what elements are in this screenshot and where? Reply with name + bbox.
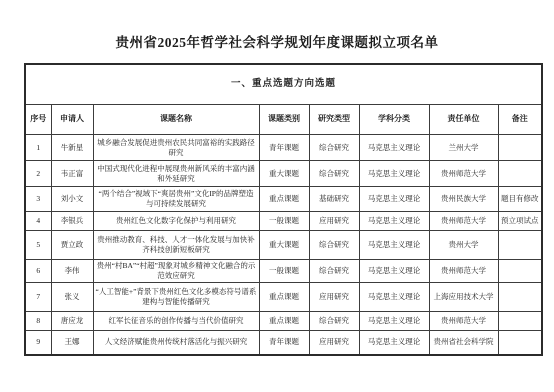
cell-applicant: 张义 bbox=[51, 282, 93, 311]
cell-note bbox=[498, 311, 542, 330]
cell-research-type: 综合研究 bbox=[309, 311, 359, 330]
cell-note bbox=[498, 161, 542, 187]
cell-institution: 贵州师范大学 bbox=[429, 212, 498, 231]
cell-category: 青年课题 bbox=[259, 135, 309, 161]
cell-title: 人文经济赋能贵州传统村落活化与振兴研究 bbox=[93, 330, 259, 355]
cell-seq: 8 bbox=[25, 311, 51, 330]
cell-discipline: 马克思主义理论 bbox=[359, 135, 429, 161]
cell-research-type: 基础研究 bbox=[309, 187, 359, 212]
cell-seq: 3 bbox=[25, 187, 51, 212]
document-title: 贵州省2025年哲学社会科学规划年度课题拟立项名单 bbox=[0, 31, 554, 51]
cell-title: 中国式现代化进程中展现贵州新风采的丰富内涵和外延研究 bbox=[93, 161, 259, 187]
cell-applicant: 王娜 bbox=[51, 330, 93, 355]
cell-title: 城乡融合发展促进贵州农民共同富裕的实践路径研究 bbox=[93, 135, 259, 161]
cell-research-type: 综合研究 bbox=[309, 161, 359, 187]
col-header-note: 备注 bbox=[498, 105, 542, 135]
cell-category: 一般课题 bbox=[259, 212, 309, 231]
cell-category: 重点课题 bbox=[259, 282, 309, 311]
cell-note: 预立项试点 bbox=[498, 212, 542, 231]
project-list-table: 一、重点选题方向选题 序号 申请人 课题名称 课题类别 研究类型 学科分类 责任… bbox=[24, 63, 543, 356]
table-row: 3刘小文“两个结合”视域下“爽居贵州”文化IP的品牌塑造与可持续发展研究重点课题… bbox=[25, 187, 542, 212]
cell-title: 贵州推动教育、科技、人才一体化发展与加快补齐科技创新短板研究 bbox=[93, 231, 259, 260]
cell-research-type: 应用研究 bbox=[309, 330, 359, 355]
cell-note bbox=[498, 260, 542, 283]
cell-seq: 6 bbox=[25, 260, 51, 283]
table-row: 4李银兵贵州红色文化数字化保护与利用研究一般课题应用研究马克思主义理论贵州师范大… bbox=[25, 212, 542, 231]
table-row: 8唐应龙红军长征音乐的创作传播与当代价值研究重点课题综合研究马克思主义理论贵州师… bbox=[25, 311, 542, 330]
cell-category: 青年课题 bbox=[259, 330, 309, 355]
cell-discipline: 马克思主义理论 bbox=[359, 187, 429, 212]
table-row: 2韦正富中国式现代化进程中展现贵州新风采的丰富内涵和外延研究重大课题综合研究马克… bbox=[25, 161, 542, 187]
cell-research-type: 综合研究 bbox=[309, 260, 359, 283]
table-row: 7张义“人工智能+”背景下贵州红色文化多模态符号谱系建构与智能传播研究重点课题应… bbox=[25, 282, 542, 311]
cell-discipline: 马克思主义理论 bbox=[359, 161, 429, 187]
table-row: 6李伟贵州“村BA”“村超”现象对城乡精神文化融合的示范效应研究一般课题综合研究… bbox=[25, 260, 542, 283]
col-header-discipline: 学科分类 bbox=[359, 105, 429, 135]
cell-discipline: 马克思主义理论 bbox=[359, 282, 429, 311]
cell-research-type: 综合研究 bbox=[309, 231, 359, 260]
cell-applicant: 牛新星 bbox=[51, 135, 93, 161]
cell-research-type: 应用研究 bbox=[309, 212, 359, 231]
table-row: 1牛新星城乡融合发展促进贵州农民共同富裕的实践路径研究青年课题综合研究马克思主义… bbox=[25, 135, 542, 161]
cell-seq: 5 bbox=[25, 231, 51, 260]
cell-applicant: 贾立政 bbox=[51, 231, 93, 260]
cell-category: 重点课题 bbox=[259, 187, 309, 212]
cell-discipline: 马克思主义理论 bbox=[359, 260, 429, 283]
col-header-institution: 责任单位 bbox=[429, 105, 498, 135]
cell-note: 题目有修改 bbox=[498, 187, 542, 212]
cell-discipline: 马克思主义理论 bbox=[359, 311, 429, 330]
cell-category: 重大课题 bbox=[259, 161, 309, 187]
cell-institution: 兰州大学 bbox=[429, 135, 498, 161]
cell-applicant: 韦正富 bbox=[51, 161, 93, 187]
document-page: 贵州省2025年哲学社会科学规划年度课题拟立项名单 一、重点选题方向选题 序号 … bbox=[0, 0, 554, 392]
col-header-title: 课题名称 bbox=[93, 105, 259, 135]
cell-research-type: 应用研究 bbox=[309, 282, 359, 311]
col-header-category: 课题类别 bbox=[259, 105, 309, 135]
cell-seq: 1 bbox=[25, 135, 51, 161]
cell-note bbox=[498, 282, 542, 311]
cell-applicant: 刘小文 bbox=[51, 187, 93, 212]
cell-seq: 4 bbox=[25, 212, 51, 231]
table-row: 9王娜人文经济赋能贵州传统村落活化与振兴研究青年课题应用研究马克思主义理论贵州省… bbox=[25, 330, 542, 355]
col-header-seq: 序号 bbox=[25, 105, 51, 135]
col-header-applicant: 申请人 bbox=[51, 105, 93, 135]
section-heading: 一、重点选题方向选题 bbox=[25, 64, 542, 105]
cell-institution: 贵州大学 bbox=[429, 231, 498, 260]
cell-applicant: 李银兵 bbox=[51, 212, 93, 231]
cell-seq: 9 bbox=[25, 330, 51, 355]
col-header-research-type: 研究类型 bbox=[309, 105, 359, 135]
cell-note bbox=[498, 135, 542, 161]
cell-note bbox=[498, 330, 542, 355]
cell-applicant: 李伟 bbox=[51, 260, 93, 283]
cell-category: 重大课题 bbox=[259, 231, 309, 260]
cell-discipline: 马克思主义理论 bbox=[359, 330, 429, 355]
cell-note bbox=[498, 231, 542, 260]
cell-title: 贵州红色文化数字化保护与利用研究 bbox=[93, 212, 259, 231]
cell-title: 贵州“村BA”“村超”现象对城乡精神文化融合的示范效应研究 bbox=[93, 260, 259, 283]
cell-institution: 贵州师范大学 bbox=[429, 311, 498, 330]
cell-title: “人工智能+”背景下贵州红色文化多模态符号谱系建构与智能传播研究 bbox=[93, 282, 259, 311]
cell-category: 一般课题 bbox=[259, 260, 309, 283]
table-body: 1牛新星城乡融合发展促进贵州农民共同富裕的实践路径研究青年课题综合研究马克思主义… bbox=[25, 135, 542, 356]
cell-title: “两个结合”视域下“爽居贵州”文化IP的品牌塑造与可持续发展研究 bbox=[93, 187, 259, 212]
cell-institution: 上海应用技术大学 bbox=[429, 282, 498, 311]
cell-research-type: 综合研究 bbox=[309, 135, 359, 161]
section-header-row: 一、重点选题方向选题 bbox=[25, 64, 542, 105]
cell-seq: 7 bbox=[25, 282, 51, 311]
cell-institution: 贵州民族大学 bbox=[429, 187, 498, 212]
cell-discipline: 马克思主义理论 bbox=[359, 212, 429, 231]
cell-category: 重点课题 bbox=[259, 311, 309, 330]
column-header-row: 序号 申请人 课题名称 课题类别 研究类型 学科分类 责任单位 备注 bbox=[25, 105, 542, 135]
cell-title: 红军长征音乐的创作传播与当代价值研究 bbox=[93, 311, 259, 330]
table-row: 5贾立政贵州推动教育、科技、人才一体化发展与加快补齐科技创新短板研究重大课题综合… bbox=[25, 231, 542, 260]
cell-institution: 贵州师范大学 bbox=[429, 260, 498, 283]
cell-seq: 2 bbox=[25, 161, 51, 187]
cell-discipline: 马克思主义理论 bbox=[359, 231, 429, 260]
cell-applicant: 唐应龙 bbox=[51, 311, 93, 330]
cell-institution: 贵州省社会科学院 bbox=[429, 330, 498, 355]
cell-institution: 贵州师范大学 bbox=[429, 161, 498, 187]
